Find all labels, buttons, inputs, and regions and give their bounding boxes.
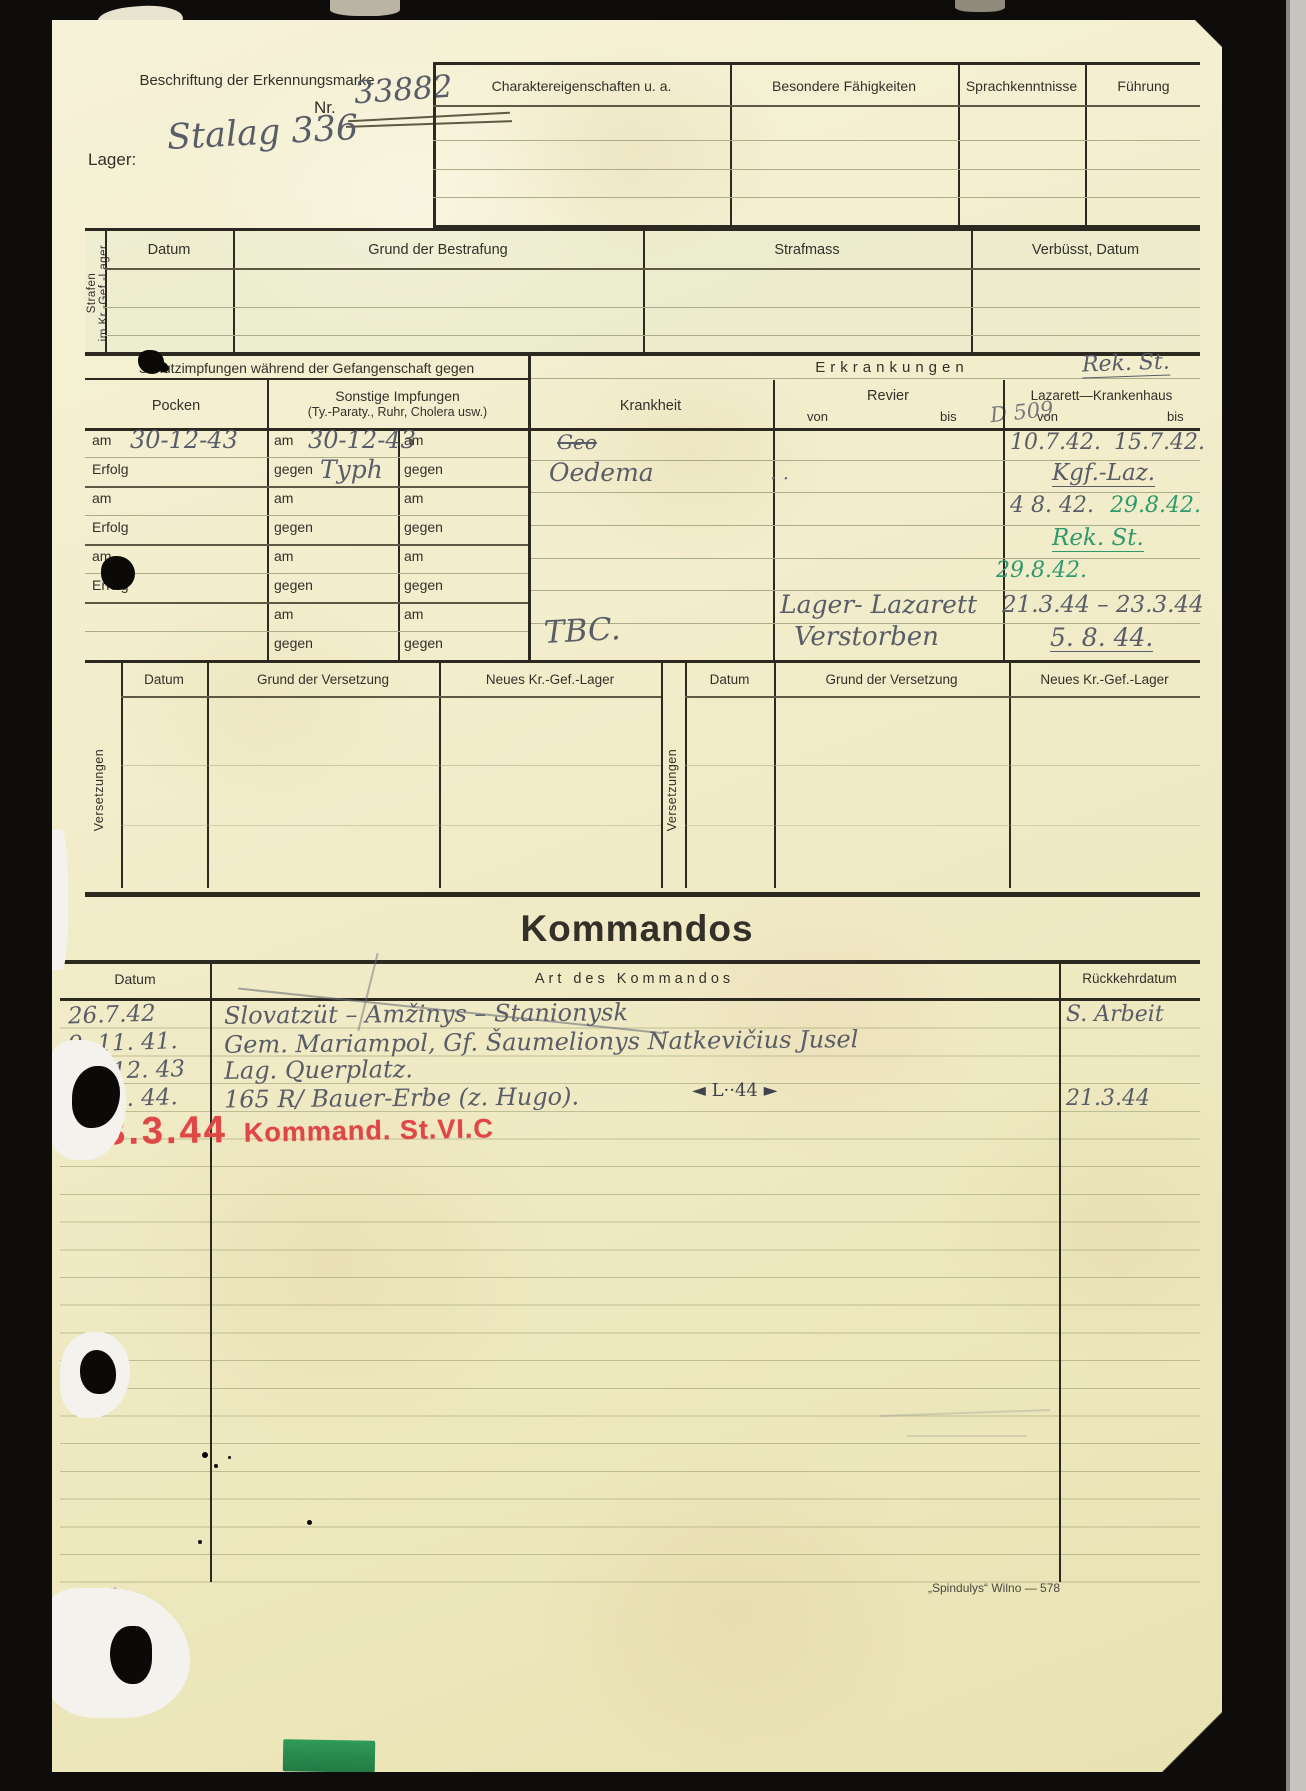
punch-hole <box>101 556 135 590</box>
column-header: Besondere Fähigkeiten <box>732 78 956 94</box>
rule-line <box>85 544 528 546</box>
rule-line <box>685 825 1200 826</box>
scan-edge-strip <box>1286 0 1306 1791</box>
stamp-text: Kommand. St.VI.C <box>244 1113 495 1151</box>
krankheit-entry-struck: Geo <box>557 432 597 452</box>
ink-speck <box>198 1540 202 1544</box>
column-header: Sprachkenntnisse <box>960 78 1083 94</box>
revier-header: Revier <box>773 388 1003 405</box>
tape-fragment <box>283 1739 376 1772</box>
kommando-art: Gem. Mariampol, Gf. Šaumelionys Natkevič… <box>224 1027 859 1057</box>
paper-debris <box>330 0 400 16</box>
corner-shadow <box>1152 20 1222 70</box>
rule-line <box>433 140 1200 141</box>
section-divider-thick <box>85 892 1200 897</box>
krankheit-entry: Oedema <box>549 460 654 485</box>
sonstige-row-label: gegen <box>404 635 443 651</box>
age-stain <box>112 580 412 820</box>
divider-line <box>773 380 775 660</box>
kommandos-title: Kommandos <box>52 908 1222 951</box>
sonstige-header: (Ty.-Paraty., Ruhr, Cholera usw.) <box>263 405 532 419</box>
rule-line <box>85 573 528 574</box>
kommando-art: Lag. Querplatz. <box>224 1057 413 1083</box>
divider-line <box>85 660 1200 663</box>
versetzung-header: Grund der Versetzung <box>774 672 1009 688</box>
rule-line <box>85 457 528 458</box>
rule-line <box>685 696 1200 698</box>
ink-speck <box>214 1464 218 1468</box>
kommandos-header: Datum <box>60 971 210 987</box>
sonstige-header: Sonstige Impfungen <box>267 388 528 404</box>
kommando-row4-mark: ◄ L··44 ► <box>692 1082 777 1100</box>
rule-line <box>85 602 528 604</box>
sonstige-row-label: am <box>274 548 293 564</box>
sonstige-row-label: gegen <box>274 519 313 535</box>
side-label: Versetzungen <box>665 749 679 831</box>
rule-line <box>121 825 661 826</box>
divider-line <box>85 378 531 380</box>
side-label: Versetzungen <box>92 749 106 831</box>
sonstige-row-label: gegen <box>274 577 313 593</box>
strafen-header: Verbüsst, Datum <box>971 242 1200 259</box>
versetzung-header: Neues Kr.-Gef.-Lager <box>439 672 661 688</box>
lazarett-date-green: 29.8.42. <box>1110 495 1201 517</box>
rule-line <box>433 105 1200 107</box>
ink-speck <box>202 1452 208 1458</box>
erkrankungen-title: Erkrankungen <box>692 359 1092 376</box>
pocken-row-label: Erfolg <box>92 461 129 477</box>
strafen-header: Datum <box>105 242 233 259</box>
kommando-art: Slovatzüt – Amžinys – Stanionysk <box>224 1000 628 1028</box>
corner-shadow <box>1102 1682 1222 1772</box>
lazarett-entry: Kgf.-Laz. <box>1052 462 1155 487</box>
kommando-rueckkehr: S. Arbeit <box>1066 1004 1164 1026</box>
column-header: Führung <box>1087 78 1200 94</box>
sonstige-row-label: am <box>274 606 293 622</box>
paper-tear <box>52 830 68 970</box>
sonstige-row-label: gegen <box>274 635 313 651</box>
lazarett-date: 10.7.42. <box>1010 432 1101 454</box>
revier-dots: · · <box>770 468 789 488</box>
torn-hole <box>110 1626 152 1684</box>
rule-line <box>433 169 1200 170</box>
sonstige-row-label: am <box>404 490 423 506</box>
versetzung-header: Grund der Versetzung <box>207 672 439 688</box>
ink-speck <box>307 1520 312 1525</box>
krankheit-entry: TBC. <box>543 614 621 649</box>
rule-line <box>105 268 1200 270</box>
sonstige-row-label: am <box>274 490 293 506</box>
divider-line <box>1059 960 1061 1582</box>
pocken-date-handwritten: 30-12-43 <box>130 428 238 452</box>
rule-line <box>85 486 528 488</box>
sonstige-gegen-handwritten: Typh <box>320 457 383 482</box>
divider-line <box>1003 380 1005 660</box>
kommando-art: 165 R/ Bauer-Erbe (z. Hugo). <box>224 1084 579 1111</box>
lazarett-date: 4 8. 42. <box>1010 495 1094 517</box>
torn-hole <box>80 1350 116 1394</box>
versetzungen-side-label: Versetzungen <box>665 710 681 870</box>
rule-line <box>85 515 528 516</box>
rule-line <box>531 558 1200 559</box>
rule-line <box>105 335 1200 336</box>
bis-label: bis <box>940 410 957 425</box>
kommandos-header: Art des Kommandos <box>210 971 1059 988</box>
sonstige-row-label: gegen <box>404 519 443 535</box>
sonstige-row-label: am <box>404 548 423 564</box>
sonstige-row-label: am <box>274 432 293 448</box>
revier-entry: Lager- Lazarett <box>780 592 977 617</box>
rule-line <box>433 197 1200 198</box>
pocken-row-label: am <box>92 490 111 506</box>
divider-line <box>60 960 1200 964</box>
pocken-row-label: am <box>92 432 111 448</box>
strafen-header: Strafmass <box>643 242 971 259</box>
pocken-row-label: Erfolg <box>92 519 129 535</box>
divider-line <box>267 380 269 660</box>
sonstige-row-label: gegen <box>274 461 313 477</box>
rule-line <box>85 631 528 632</box>
lazarett-date-green: 29.8.42. <box>996 560 1087 582</box>
rule-line <box>531 492 1200 493</box>
kommandos-header: Rückkehrdatum <box>1059 971 1200 987</box>
versetzungen-side-label: Versetzungen <box>92 710 108 870</box>
lazarett-date: 5. 8. 44. <box>1050 625 1153 652</box>
divider-line <box>210 960 212 1582</box>
versetzung-header: Neues Kr.-Gef.-Lager <box>1009 672 1200 688</box>
rule-line <box>531 378 1200 379</box>
bis-label: bis <box>1167 410 1184 425</box>
revier-entry: Verstorben <box>794 624 939 650</box>
rek-st-annotation: Rek. St. <box>1082 351 1171 378</box>
rule-line <box>685 765 1200 766</box>
pocken-header: Pocken <box>85 398 267 415</box>
divider-line <box>85 352 1200 356</box>
versetzung-header: Datum <box>121 672 207 688</box>
versetzung-header: Datum <box>685 672 774 688</box>
sonstige-row-label: gegen <box>404 577 443 593</box>
strafen-header: Grund der Bestrafung <box>233 242 643 259</box>
krankheit-header: Krankheit <box>528 398 773 415</box>
von-label: von <box>807 410 828 425</box>
rule-line <box>121 765 661 766</box>
sonstige-date-handwritten: 30-12-43 <box>308 428 416 452</box>
kommando-rueckkehr: 21.3.44 <box>1066 1088 1150 1110</box>
lazarett-date: 21.3.44 – 23.3.44 <box>1002 594 1204 617</box>
printer-mark: „Spindulys“ Wilno — 578 <box>928 1582 1060 1596</box>
divider-line <box>661 663 663 888</box>
rule-line <box>121 696 661 698</box>
lazarett-entry-green: Rek. St. <box>1052 527 1144 552</box>
sonstige-row-label: am <box>404 432 423 448</box>
lager-label: Lager: <box>88 150 136 170</box>
divider-line <box>528 355 531 660</box>
column-header: Charaktereigenschaften u. a. <box>435 78 728 94</box>
sonstige-row-label: am <box>404 606 423 622</box>
lazarett-date: 15.7.42. <box>1114 432 1205 454</box>
pow-record-card-back: Beschriftung der Erkennungsmarke Nr. 338… <box>52 20 1222 1772</box>
scanned-document: { "colors":{"paper":"#f1ecc9","ink_print… <box>0 0 1306 1791</box>
bleed-mark <box>907 1435 1027 1437</box>
rule-line <box>105 307 1200 308</box>
underline <box>346 120 512 127</box>
paper-debris <box>955 0 1005 12</box>
ink-speck <box>228 1456 231 1459</box>
lager-value-handwritten: Stalag 336 <box>166 111 359 156</box>
kommando-datum: 26.7.42 <box>68 1002 157 1028</box>
sonstige-row-label: gegen <box>404 461 443 477</box>
